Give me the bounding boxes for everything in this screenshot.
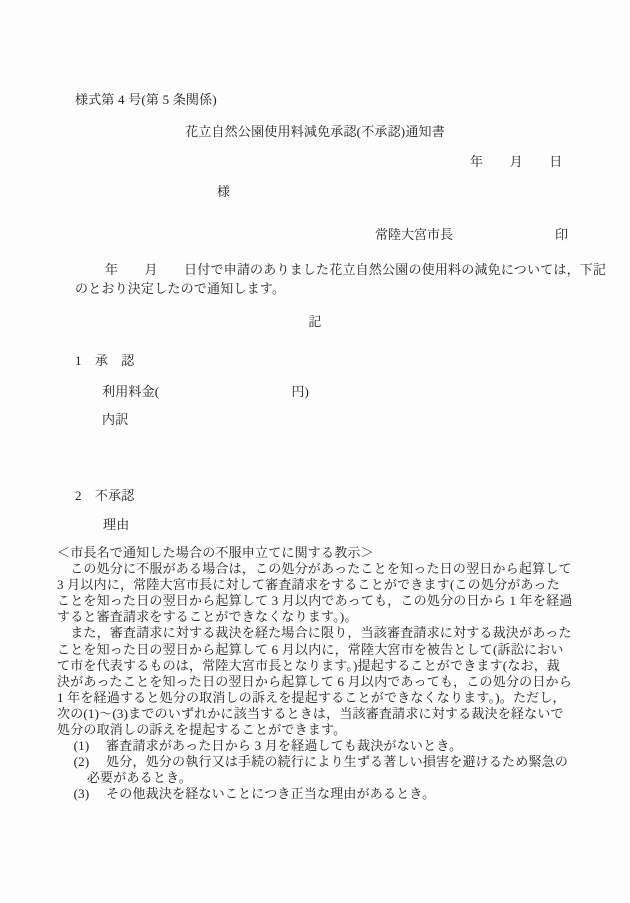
- appeal-notice-item: (3) その他裁決を経ないことにつき正当な理由があるとき。: [57, 786, 587, 802]
- usage-fee-line: 利用料金( 円): [102, 384, 309, 400]
- document-page: 様式第 4 号(第 5 条関係) 花立自然公園使用料減免承認(不承認)通知書 年…: [0, 0, 630, 903]
- form-number: 様式第 4 号(第 5 条関係): [75, 92, 217, 108]
- appeal-notice-line: 次の(1)～(3)までのいずれかに該当するときは，当該審査請求に対する裁決を経な…: [57, 706, 587, 722]
- intro-paragraph: 年 月 日付で申請のありました花立自然公園の使用料の減免については，下記 のとお…: [75, 260, 580, 298]
- appeal-notice-line: この処分に不服がある場合は，この処分があったことを知った日の翌日から起算して: [57, 561, 587, 577]
- seal-mark: 印: [555, 227, 568, 243]
- sender-name: 常陸大宮市長: [375, 227, 453, 243]
- reason-label: 理由: [103, 517, 129, 533]
- appeal-notice-item-continuation: 必要があるとき。: [57, 770, 587, 786]
- appeal-notice-line: て市を代表するものは，常陸大宮市長となります。)提起することができます(なお，裁: [57, 658, 587, 674]
- appeal-notice-line: 1 年を経過すると処分の取消しの訴えを提起することができなくなります。)。ただし…: [57, 690, 587, 706]
- appeal-notice-item: (2) 処分，処分の執行又は手続の続行により生ずる著しい損害を避けるため緊急の: [57, 754, 587, 770]
- appeal-notice-line: また，審査請求に対する裁決を経た場合に限り，当該審査請求に対する裁決があった: [57, 625, 587, 641]
- sender-row: 常陸大宮市長 印: [375, 227, 568, 243]
- appeal-notice-line: ことを知った日の翌日から起算して 6 月以内に，常陸大宮市を被告として(訴訟にお…: [57, 642, 587, 658]
- issue-date-line: 年 月 日: [470, 154, 562, 170]
- appeal-notice-heading: ＜市長名で通知した場合の不服申立てに関する教示＞: [57, 545, 587, 561]
- addressee-suffix: 様: [217, 184, 230, 200]
- document-title: 花立自然公園使用料減免承認(不承認)通知書: [0, 124, 630, 140]
- appeal-notice-line: 3 月以内に，常陸大宮市長に対して審査請求をすることができます(この処分があった: [57, 577, 587, 593]
- intro-line: のとおり決定したので通知します。: [75, 279, 580, 298]
- section-2-heading: 2 不承認: [75, 488, 135, 504]
- section-1-heading: 1 承 認: [75, 353, 135, 369]
- intro-line: 年 月 日付で申請のありました花立自然公園の使用料の減免については，下記: [75, 260, 580, 279]
- record-marker: 記: [0, 314, 630, 330]
- appeal-notice-line: 決があったことを知った日の翌日から起算して 6 月以内であっても，この処分の日か…: [57, 674, 587, 690]
- breakdown-label: 内訳: [102, 412, 128, 428]
- appeal-notice-line: すると審査請求をすることができなくなります。)。: [57, 609, 587, 625]
- appeal-notice-line: ことを知った日の翌日から起算して 3 月以内であっても，この処分の日から 1 年…: [57, 593, 587, 609]
- appeal-notice: ＜市長名で通知した場合の不服申立てに関する教示＞ この処分に不服がある場合は，こ…: [57, 545, 587, 803]
- appeal-notice-item: (1) 審査請求があった日から 3 月を経過しても裁決がないとき。: [57, 738, 587, 754]
- appeal-notice-line: 処分の取消しの訴えを提起することができます。: [57, 722, 587, 738]
